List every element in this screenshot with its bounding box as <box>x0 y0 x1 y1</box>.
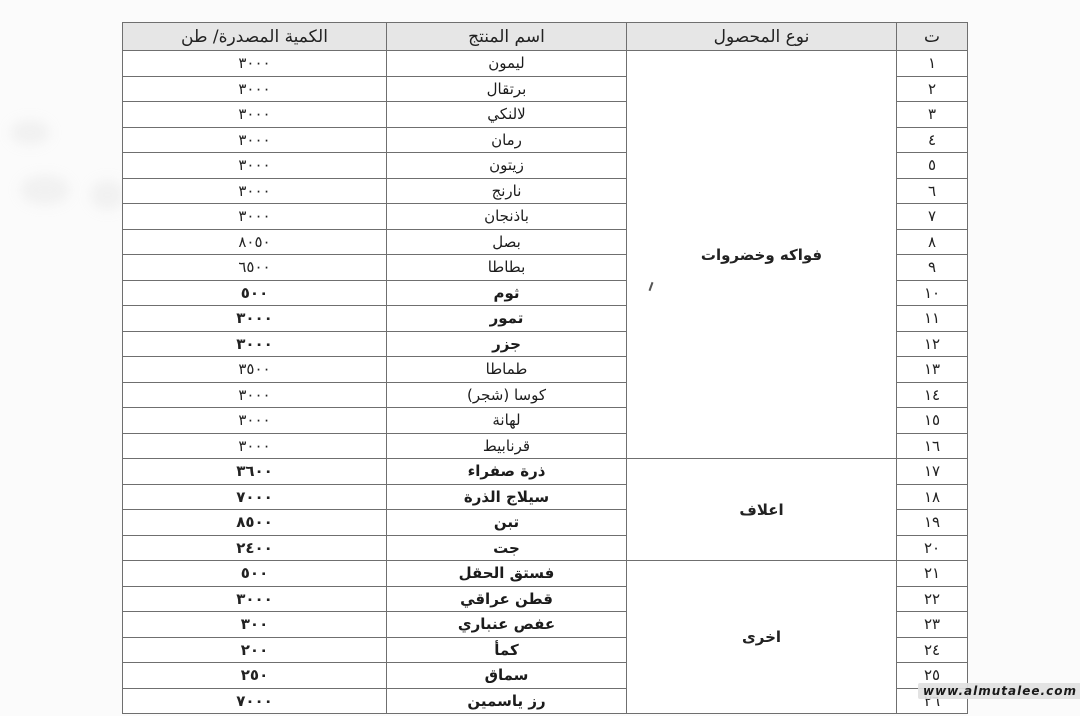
product-name: زيتون <box>387 153 627 179</box>
header-product: اسم المنتج <box>387 23 627 51</box>
row-index: ٦ <box>897 178 968 204</box>
row-index: ٢١ <box>897 561 968 587</box>
product-name: ذرة صفراء <box>387 459 627 485</box>
scan-smudge <box>10 120 50 145</box>
export-quantity: ٣٠٠٠ <box>123 204 387 230</box>
product-name: باذنجان <box>387 204 627 230</box>
export-quantity: ٣٦٠٠ <box>123 459 387 485</box>
export-quantity: ٣٥٠٠ <box>123 357 387 383</box>
export-quantity: ٣٠٠٠ <box>123 51 387 77</box>
export-quantity: ٢٥٠ <box>123 663 387 689</box>
product-name: نارنج <box>387 178 627 204</box>
export-quantity: ٣٠٠٠ <box>123 586 387 612</box>
export-quantity: ٢٠٠ <box>123 637 387 663</box>
product-name: برتقال <box>387 76 627 102</box>
row-index: ٢ <box>897 76 968 102</box>
watermark: www.almutalee.com <box>918 683 1080 699</box>
row-index: ٢٤ <box>897 637 968 663</box>
row-index: ١٤ <box>897 382 968 408</box>
row-index: ٥ <box>897 153 968 179</box>
product-name: ليمون <box>387 51 627 77</box>
export-quantity: ٧٠٠٠ <box>123 688 387 714</box>
export-quantity: ٣٠٠٠ <box>123 178 387 204</box>
row-index: ٢٣ <box>897 612 968 638</box>
row-index: ٤ <box>897 127 968 153</box>
product-name: طماطا <box>387 357 627 383</box>
row-index: ١ <box>897 51 968 77</box>
export-quantity: ٣٠٠٠ <box>123 102 387 128</box>
row-index: ٣ <box>897 102 968 128</box>
export-quantity: ٨٥٠٠ <box>123 510 387 536</box>
scan-smudge <box>90 180 125 210</box>
export-quantity: ٨٠٥٠ <box>123 229 387 255</box>
export-quantity: ٣٠٠٠ <box>123 76 387 102</box>
header-quantity: الكمية المصدرة/ طن <box>123 23 387 51</box>
table-row: ١٧اعلافذرة صفراء٣٦٠٠ <box>123 459 968 485</box>
product-name: بصل <box>387 229 627 255</box>
table-header-row: ت نوع المحصول اسم المنتج الكمية المصدرة/… <box>123 23 968 51</box>
category-cell: اعلاف <box>627 459 897 561</box>
product-name: جزر <box>387 331 627 357</box>
row-index: ٢٢ <box>897 586 968 612</box>
row-index: ٩ <box>897 255 968 281</box>
product-name: لهانة <box>387 408 627 434</box>
category-cell: اخرى <box>627 561 897 714</box>
product-name: بطاطا <box>387 255 627 281</box>
row-index: ١٨ <box>897 484 968 510</box>
row-index: ٨ <box>897 229 968 255</box>
product-name: تمور <box>387 306 627 332</box>
product-name: كوسا (شجر) <box>387 382 627 408</box>
product-name: كمأ <box>387 637 627 663</box>
product-name: عفص عنباري <box>387 612 627 638</box>
exports-table: ت نوع المحصول اسم المنتج الكمية المصدرة/… <box>122 22 968 714</box>
row-index: ١٩ <box>897 510 968 536</box>
export-quantity: ٣٠٠٠ <box>123 382 387 408</box>
product-name: سماق <box>387 663 627 689</box>
table-row: ١فواكه وخضرواتليمون٣٠٠٠ <box>123 51 968 77</box>
table-body: ١فواكه وخضرواتليمون٣٠٠٠٢برتقال٣٠٠٠٣لالنك… <box>123 51 968 714</box>
category-cell: فواكه وخضروات <box>627 51 897 459</box>
table-row: ٢١اخرىفستق الحقل٥٠٠ <box>123 561 968 587</box>
product-name: سيلاج الذرة <box>387 484 627 510</box>
export-quantity: ٦٥٠٠ <box>123 255 387 281</box>
export-quantity: ٥٠٠ <box>123 561 387 587</box>
row-index: ١٠ <box>897 280 968 306</box>
product-name: قرنابيط <box>387 433 627 459</box>
export-quantity: ٣٠٠٠ <box>123 408 387 434</box>
row-index: ١١ <box>897 306 968 332</box>
row-index: ١٥ <box>897 408 968 434</box>
product-name: لالنكي <box>387 102 627 128</box>
row-index: ٧ <box>897 204 968 230</box>
product-name: ثوم <box>387 280 627 306</box>
row-index: ١٦ <box>897 433 968 459</box>
row-index: ١٧ <box>897 459 968 485</box>
scan-smudge <box>20 175 70 205</box>
product-name: فستق الحقل <box>387 561 627 587</box>
export-quantity: ٧٠٠٠ <box>123 484 387 510</box>
export-quantity: ٣٠٠٠ <box>123 153 387 179</box>
export-quantity: ٣٠٠ <box>123 612 387 638</box>
product-name: رمان <box>387 127 627 153</box>
header-index: ت <box>897 23 968 51</box>
row-index: ٢٠ <box>897 535 968 561</box>
row-index: ١٢ <box>897 331 968 357</box>
product-name: رز ياسمين <box>387 688 627 714</box>
header-category: نوع المحصول <box>627 23 897 51</box>
export-quantity: ٣٠٠٠ <box>123 306 387 332</box>
product-name: جت <box>387 535 627 561</box>
export-quantity: ٢٤٠٠ <box>123 535 387 561</box>
export-quantity: ٣٠٠٠ <box>123 331 387 357</box>
export-quantity: ٥٠٠ <box>123 280 387 306</box>
product-name: قطن عراقي <box>387 586 627 612</box>
product-name: تبن <box>387 510 627 536</box>
export-quantity: ٣٠٠٠ <box>123 433 387 459</box>
row-index: ١٣ <box>897 357 968 383</box>
export-quantity: ٣٠٠٠ <box>123 127 387 153</box>
